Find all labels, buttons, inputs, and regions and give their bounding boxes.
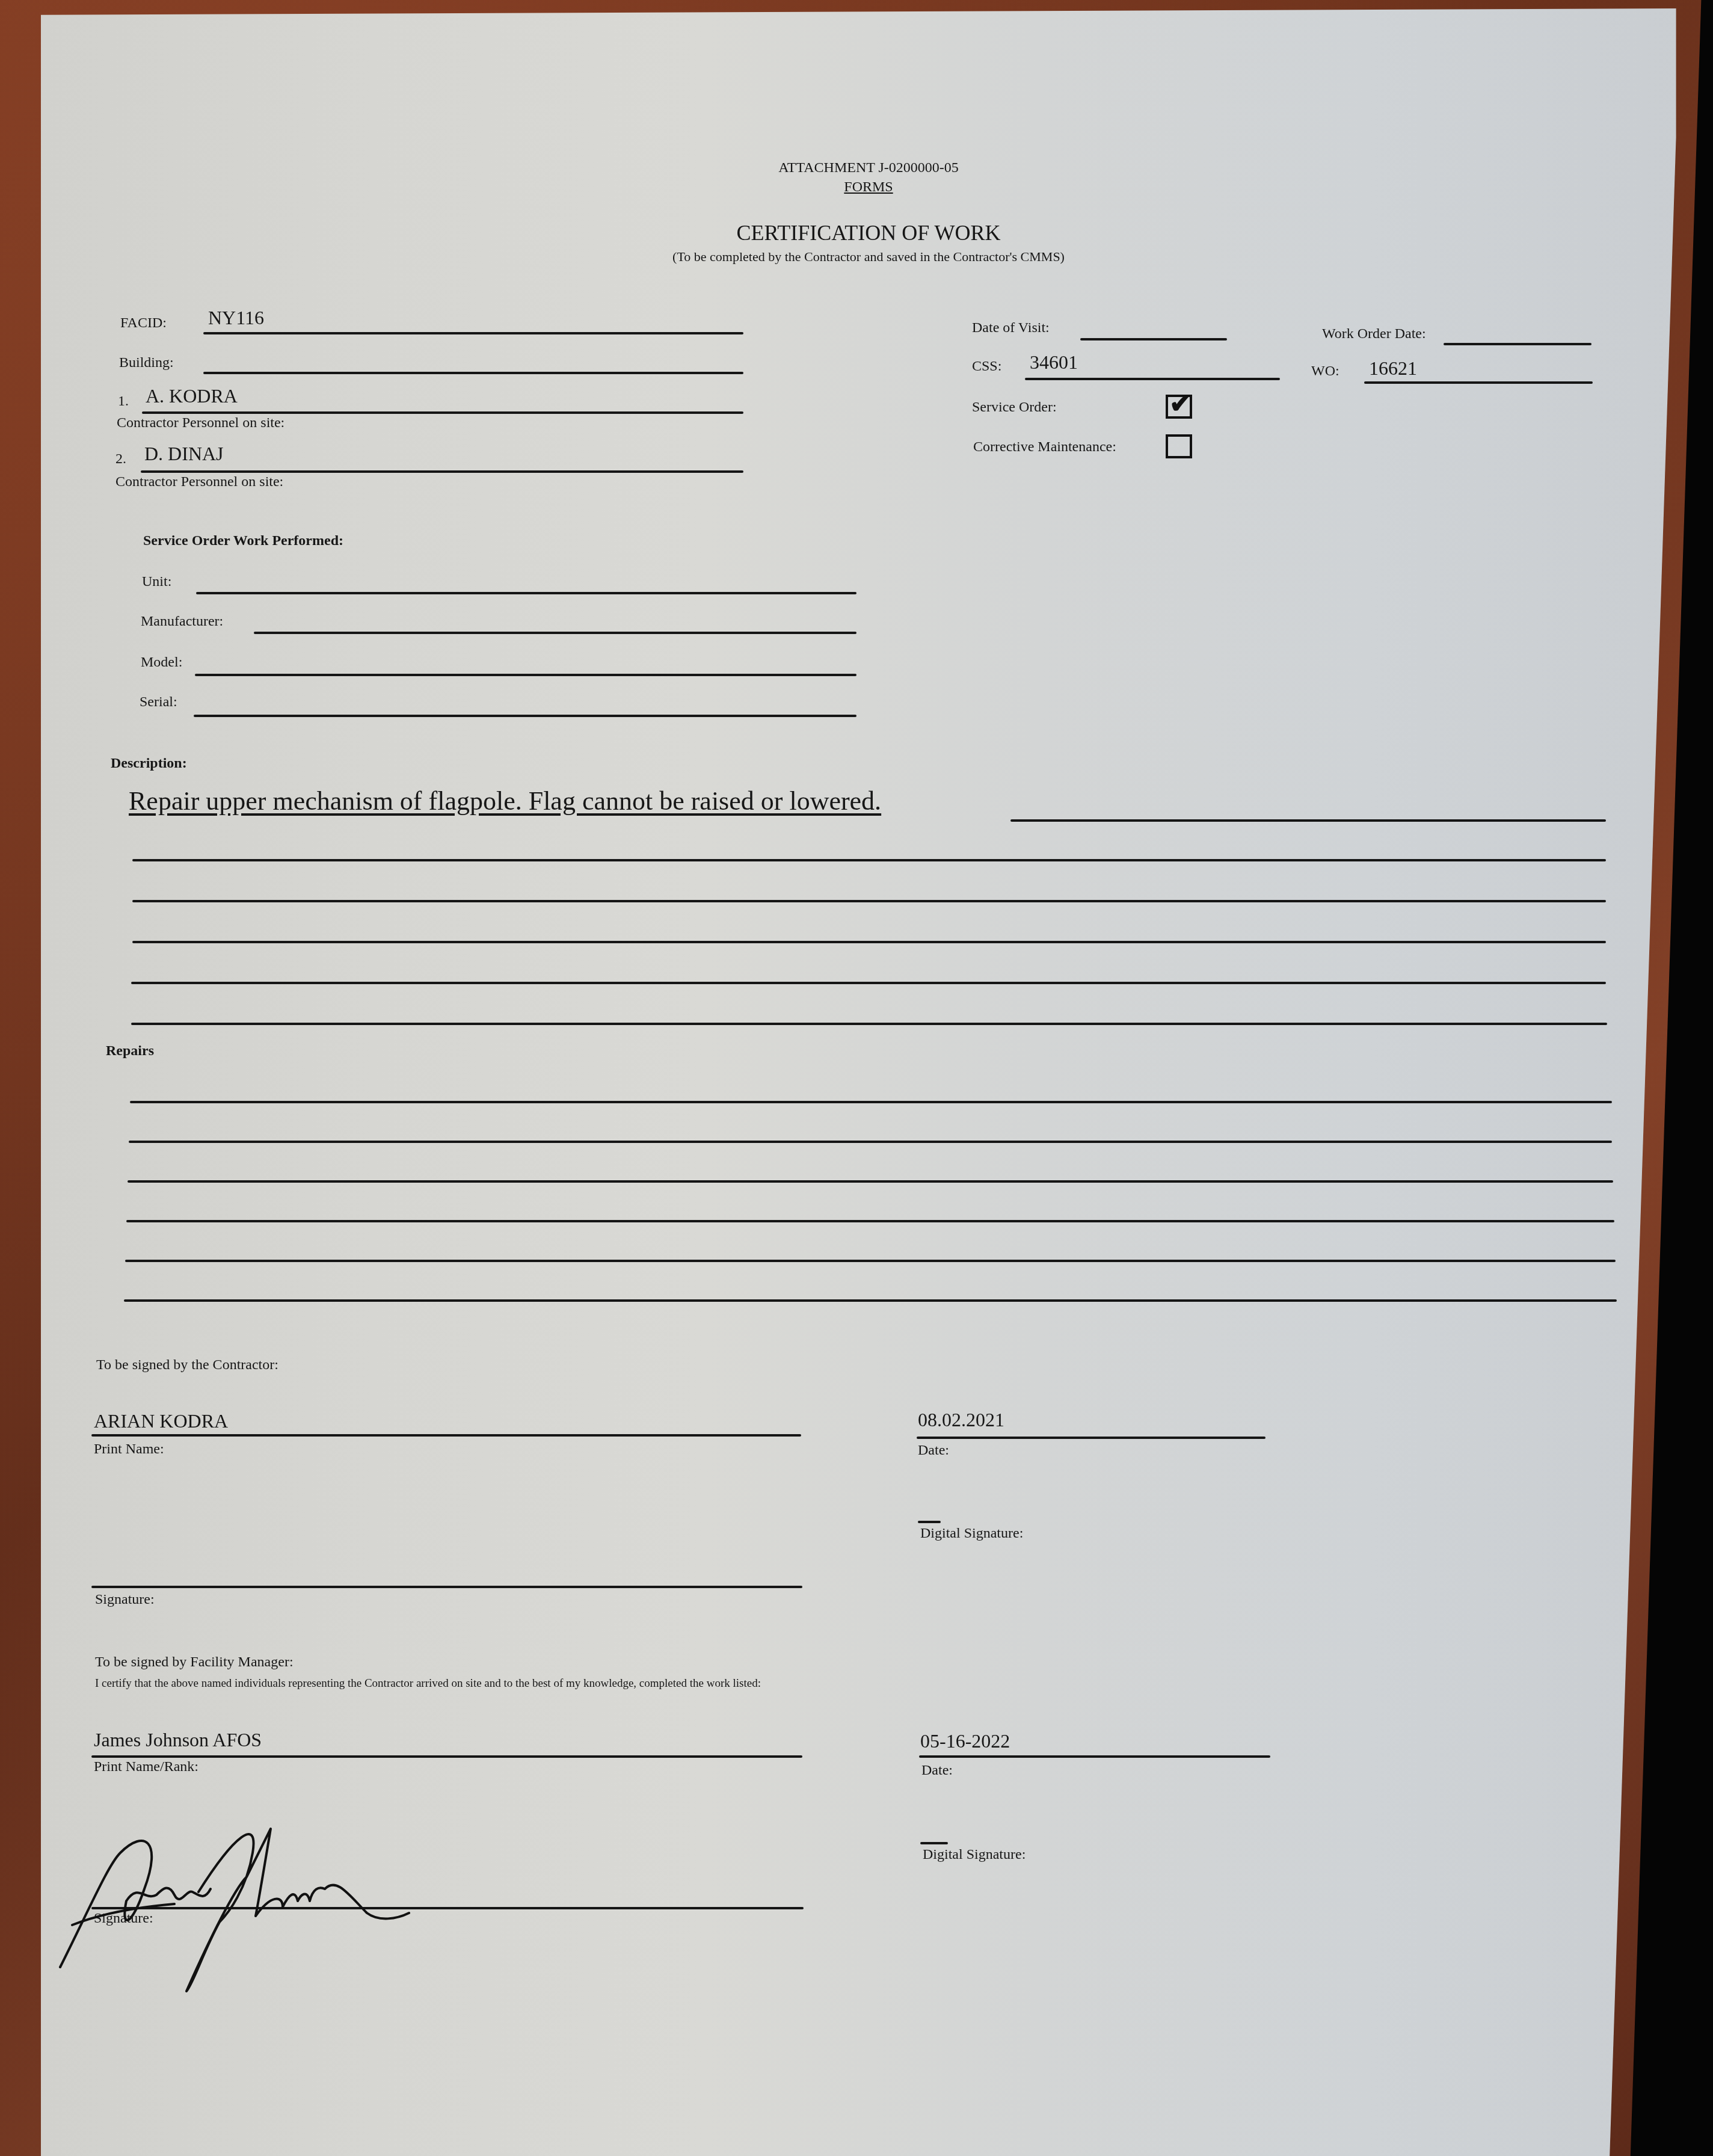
wo-underline — [1364, 381, 1593, 384]
css-value[interactable]: 34601 — [1030, 351, 1078, 374]
contractor-signature-field[interactable] — [91, 1586, 802, 1588]
work-order-date-field[interactable] — [1444, 343, 1592, 345]
forms-label: FORMS — [844, 179, 893, 196]
description-line-2[interactable] — [132, 859, 1606, 861]
wo-label: WO: — [1311, 363, 1339, 380]
repairs-line-5[interactable] — [125, 1260, 1616, 1262]
contractor-digital-signature-field[interactable] — [918, 1521, 941, 1523]
contractor-print-name-underline — [91, 1434, 801, 1437]
contractor-digital-signature-label: Digital Signature: — [920, 1526, 1023, 1542]
repairs-line-3[interactable] — [128, 1180, 1613, 1183]
description-line-1 — [1010, 819, 1606, 822]
repairs-line-6[interactable] — [124, 1299, 1617, 1302]
manufacturer-label: Manufacturer: — [141, 614, 223, 630]
service-order-checkbox[interactable]: ✔ — [1166, 395, 1192, 419]
repairs-label: Repairs — [106, 1043, 154, 1059]
manager-date-label: Date: — [921, 1763, 953, 1779]
contractor-signature-label: Signature: — [95, 1592, 155, 1608]
description-label: Description: — [111, 756, 187, 772]
manager-print-name-value[interactable]: James Johnson AFOS — [94, 1729, 262, 1751]
unit-field[interactable] — [196, 592, 856, 594]
personnel-2-label: Contractor Personnel on site: — [115, 474, 283, 490]
corrective-maintenance-checkbox[interactable] — [1166, 434, 1192, 458]
date-of-visit-label: Date of Visit: — [972, 320, 1050, 336]
manager-digital-signature-field[interactable] — [920, 1842, 948, 1844]
attachment-label: ATTACHMENT J-0200000-05 — [778, 160, 959, 176]
contractor-date-underline — [917, 1437, 1266, 1439]
contractor-print-name-value[interactable]: ARIAN KODRA — [94, 1410, 228, 1432]
description-line-1-text[interactable]: Repair upper mechanism of flagpole. Flag… — [129, 786, 881, 816]
repairs-line-2[interactable] — [129, 1141, 1612, 1143]
manager-date-underline — [919, 1755, 1270, 1758]
work-order-date-label: Work Order Date: — [1322, 326, 1426, 342]
facility-manager-heading: To be signed by Facility Manager: — [95, 1654, 294, 1671]
serial-label: Serial: — [140, 694, 177, 710]
css-label: CSS: — [972, 359, 1001, 375]
personnel-1-underline — [142, 411, 743, 414]
personnel-2-value[interactable]: D. DINAJ — [144, 443, 224, 465]
checkmark-icon: ✔ — [1169, 391, 1192, 417]
service-order-work-heading: Service Order Work Performed: — [143, 533, 343, 549]
manager-print-name-label: Print Name/Rank: — [94, 1759, 198, 1775]
corrective-maintenance-label: Corrective Maintenance: — [973, 439, 1116, 455]
manufacturer-field[interactable] — [254, 632, 856, 634]
handwritten-signature — [54, 1817, 595, 1997]
css-underline — [1025, 378, 1280, 380]
building-underline — [203, 372, 743, 374]
personnel-2-underline — [141, 470, 743, 473]
manager-date-value[interactable]: 05-16-2022 — [920, 1730, 1010, 1752]
document-subtitle: (To be completed by the Contractor and s… — [672, 249, 1065, 265]
contractor-print-name-label: Print Name: — [94, 1441, 164, 1458]
description-line-5[interactable] — [131, 982, 1606, 984]
description-line-3[interactable] — [132, 900, 1606, 902]
model-field[interactable] — [195, 674, 856, 676]
serial-field[interactable] — [194, 715, 856, 717]
personnel-1-value[interactable]: A. KODRA — [146, 385, 238, 407]
wo-value[interactable]: 16621 — [1369, 357, 1417, 380]
building-label: Building: — [119, 355, 174, 371]
unit-label: Unit: — [142, 574, 171, 590]
date-of-visit-field[interactable] — [1080, 338, 1227, 340]
repairs-line-4[interactable] — [126, 1220, 1614, 1222]
personnel-1-number: 1. — [118, 393, 129, 410]
personnel-1-label: Contractor Personnel on site: — [117, 415, 284, 431]
contractor-date-label: Date: — [918, 1443, 949, 1459]
manager-print-name-underline — [91, 1755, 802, 1758]
contractor-signoff-heading: To be signed by the Contractor: — [96, 1357, 278, 1373]
contractor-date-value[interactable]: 08.02.2021 — [918, 1409, 1004, 1431]
document-title: CERTIFICATION OF WORK — [736, 220, 1000, 245]
description-line-6[interactable] — [131, 1023, 1607, 1025]
manager-digital-signature-label: Digital Signature: — [923, 1847, 1026, 1863]
service-order-label: Service Order: — [972, 399, 1057, 416]
personnel-2-number: 2. — [115, 451, 126, 467]
model-label: Model: — [141, 654, 182, 671]
description-line-4[interactable] — [132, 941, 1606, 943]
facility-manager-certification: I certify that the above named individua… — [95, 1677, 761, 1690]
facid-underline — [203, 332, 743, 334]
facid-label: FACID: — [120, 315, 167, 331]
repairs-line-1[interactable] — [130, 1101, 1612, 1103]
facid-value[interactable]: NY116 — [208, 307, 264, 329]
